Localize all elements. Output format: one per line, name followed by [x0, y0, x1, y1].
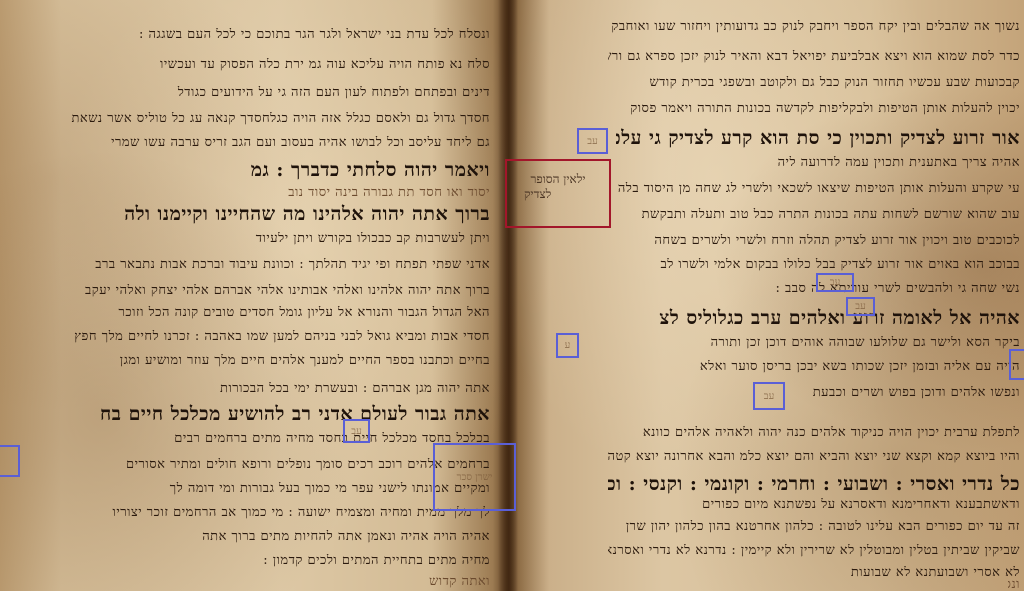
- manuscript-line: ברוך אתה יהוה אלהינו ואלהי אבותינו אלהי …: [10, 284, 490, 297]
- manuscript-line: ברוך אתה יהוה אלהינו מה שהחיינו וקיימנו …: [30, 204, 490, 224]
- manuscript-line: סלח נא פותח הויה עליכא עוה גמ ירת כלה הפ…: [8, 58, 490, 71]
- manuscript-line: זה עד יום כפורים הבא עלינו לטובה : כלהון…: [618, 520, 1020, 533]
- annotation-box-blue[interactable]: [0, 445, 20, 477]
- manuscript-line: שביקין שביתין בטלין ומבוטלין לא שרירין ו…: [608, 544, 1020, 557]
- manuscript-line: ברחמים אלהים רוכב רכים סומך נופלים ורופא…: [30, 458, 490, 471]
- manuscript-line: כדר לסת שמוא הוא ויצא אבלביעת יפויאל דבא…: [608, 50, 1020, 63]
- manuscript-line: ונפשו אלהים ודוכן בפוש ושרים וכבעת: [798, 386, 1020, 399]
- annotation-box-blue[interactable]: עב: [343, 419, 370, 443]
- manuscript-line: עי שקרע והעלות אותן הטיפות שיצאו לשכאי ו…: [613, 182, 1020, 195]
- manuscript-line: בכלכל בחסד מכלכל חיים בחסד מחיה מתים ברח…: [20, 432, 490, 445]
- manuscript-line: יסוד ואו חסד תת גבורה בינה יסוד נוב: [20, 186, 490, 199]
- right-page-text: נשוך אה שהבלים ובין יקח הספר ויחבק לנוק …: [608, 0, 1020, 591]
- manuscript-line: ביקר הסא ולישר גם שלולעו שבוהה אוהים דוכ…: [658, 336, 1020, 349]
- manuscript-line: ואתה קדוש: [120, 575, 490, 588]
- manuscript-line: אור זרוע לצדיק ותכוין כי סת הוא קרע לצדי…: [616, 128, 1020, 148]
- annotation-box-red[interactable]: [505, 159, 611, 228]
- manuscript-line: ונסלח לכל עדת בני ישראל ולגר הגר בתוכם כ…: [48, 28, 490, 41]
- manuscript-line: אתה גבור לעולם אדני רב להושיע מכלכל חיים…: [100, 404, 490, 424]
- manuscript-line: ויאמר יהוה סלחתי כדברך : גמ: [170, 160, 490, 180]
- manuscript-line: ויתן לעשרבות קב כבכולו בקורש ויתן ילעיוד: [150, 232, 490, 245]
- manuscript-line: לא אסרי ושבועתנא לא שבועות: [798, 566, 1020, 579]
- annotation-box-blue[interactable]: עב: [816, 273, 854, 292]
- manuscript-line: ודאשתבענא ודאחרימנא ודאסרנא על נפשתנא מי…: [628, 498, 1020, 511]
- manuscript-spread: ונסלח לכל עדת בני ישראל ולגר הגר בתוכם כ…: [0, 0, 1024, 591]
- manuscript-line: נשי שחה גי ולהבשים לשרי עוריתא לה סבב :: [738, 282, 1020, 295]
- annotation-box-blue[interactable]: עב: [577, 128, 608, 154]
- manuscript-line: קבכועות שבע עכשיו תחזור הנוק כבל גם ולקו…: [618, 76, 1020, 89]
- manuscript-line: חסדך גדול גם ולאסם כגלל אזה הויה כגלחסדך…: [8, 112, 490, 125]
- manuscript-line: לתפלת ערבית יכוין הויה כניקוד אלהים כנה …: [608, 426, 1020, 439]
- manuscript-line: אתה יהוה מגן אברהם : ובעשרת ימי בכל הבכו…: [100, 382, 490, 395]
- manuscript-line: בבוכב הוא באוים אור זרוע לצדיק בבל כלולו…: [613, 258, 1020, 271]
- manuscript-line: דינים ובפתחם ולפתוח לעון העם הזה גי על ה…: [8, 86, 490, 99]
- annotation-box-content: ישרן סכר: [435, 445, 514, 509]
- manuscript-line: אהיה אל לאומה זרוע ואלהים ערב כגלוליס לצ…: [658, 308, 1020, 328]
- annotation-box-blue[interactable]: ע: [556, 333, 579, 358]
- left-page-text: ונסלח לכל עדת בני ישראל ולגר הגר בתוכם כ…: [0, 0, 490, 591]
- manuscript-line: חסדי אבות ומביא גואל לבני בניהם למען שמו…: [8, 330, 490, 343]
- annotation-box-content: עב: [579, 130, 606, 152]
- manuscript-line: אהיה הויה אהיה ונאמן אתה להחיות מתים ברו…: [28, 530, 490, 543]
- annotation-box-blue[interactable]: עב: [753, 382, 785, 410]
- annotation-box-blue[interactable]: ישרן סכר: [433, 443, 516, 511]
- annotation-box-blue[interactable]: עב: [846, 297, 875, 316]
- manuscript-line: לכוכבים טוב ויכוין אור זרוע לצדיק תהלה ו…: [616, 234, 1020, 247]
- annotation-box-content: עב: [818, 275, 852, 290]
- annotation-box-blue[interactable]: [1009, 349, 1024, 380]
- manuscript-line: ומקיים אמונתו לישני עפר מי כמוך בעל גבור…: [30, 482, 490, 495]
- manuscript-line: והיו ביוצא קמא וקצא שני יוצא והביא והם י…: [608, 450, 1020, 463]
- manuscript-line: נשוך אה שהבלים ובין יקח הספר ויחבק לנוק …: [608, 20, 1020, 33]
- manuscript-line: כל נדרי ואסרי : ושבועי : וחרמי : וקונמי …: [608, 474, 1020, 494]
- manuscript-line: מחיה מתים בתחיית המתים ולכים קדמון :: [40, 554, 490, 567]
- manuscript-line: הויה עם אליה ובזמן יזכן שכותו בשא יבכן ב…: [668, 360, 1020, 373]
- annotation-box-content: ע: [558, 335, 577, 356]
- manuscript-page-left: ונסלח לכל עדת בני ישראל ולגר הגר בתוכם כ…: [0, 0, 508, 591]
- manuscript-line: אהיה צריך באתענית ותכוין עמה לדרועה ליה: [728, 156, 1020, 169]
- manuscript-line: האל הגדול הגבור והנורא אל עליון גומל חסד…: [8, 306, 490, 319]
- annotation-box-content: עב: [345, 421, 368, 441]
- manuscript-line: ונסלח לכל עדת: [1008, 578, 1020, 591]
- manuscript-line: אדני שפתי תפתח ופי יגיד תהלתך : וכוונת ע…: [20, 258, 490, 271]
- manuscript-line: עוב שהוא שורשם לשחות עתה בכונות התרה כבל…: [616, 208, 1020, 221]
- manuscript-line: גם ליחד עליסב וכל לבושו אהיה בעסוב ועם ה…: [28, 136, 490, 149]
- manuscript-line: יכוין להעלות אותן הטיפות ולבקליפות לקדשה…: [628, 102, 1020, 115]
- manuscript-page-right: נשוך אה שהבלים ובין יקח הספר ויחבק לנוק …: [508, 0, 1024, 591]
- annotation-box-content: עב: [848, 299, 873, 314]
- manuscript-line: בחיים וכתבנו בספר החיים למענך אלהים חיים…: [20, 354, 490, 367]
- manuscript-line: לך מלך ממית ומחיה ומצמיח ישועה : מי כמוך…: [28, 506, 490, 519]
- annotation-box-content: עב: [755, 384, 783, 408]
